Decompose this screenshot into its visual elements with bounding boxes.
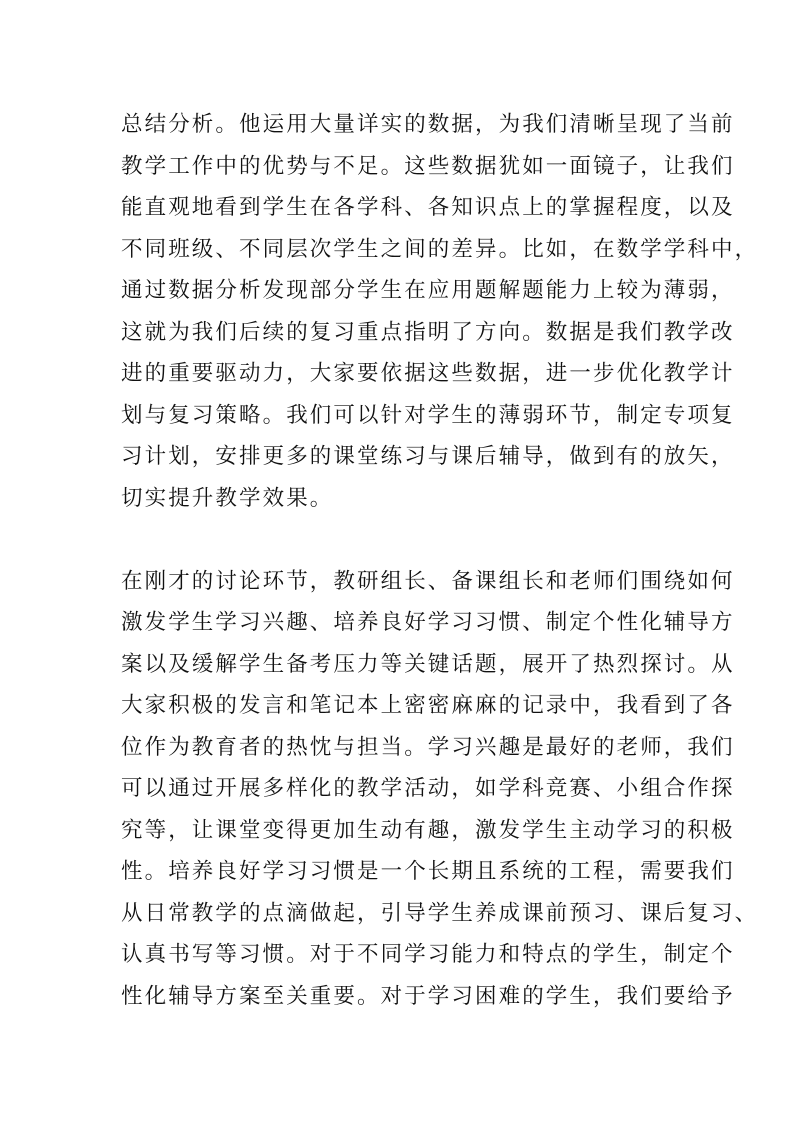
document-page: 总结分析。他运用大量详实的数据，为我们清晰呈现了当前 教学工作中的优势与不足。这… (0, 0, 793, 1122)
document-body: 总结分析。他运用大量详实的数据，为我们清晰呈现了当前 教学工作中的优势与不足。这… (121, 104, 681, 1017)
text-line: 性化辅导方案至关重要。对于学习困难的学生，我们要给予 (121, 976, 681, 1018)
text-line: 不同班级、不同层次学生之间的差异。比如，在数学学科中， (121, 229, 681, 271)
text-line: 教学工作中的优势与不足。这些数据犹如一面镜子，让我们 (121, 146, 681, 188)
text-line: 可以通过开展多样化的教学活动，如学科竞赛、小组合作探 (121, 768, 681, 810)
text-line: 这就为我们后续的复习重点指明了方向。数据是我们教学改 (121, 312, 681, 354)
text-line: 通过数据分析发现部分学生在应用题解题能力上较为薄弱， (121, 270, 681, 312)
text-line: 能直观地看到学生在各学科、各知识点上的掌握程度，以及 (121, 187, 681, 229)
paragraph-data-analysis: 总结分析。他运用大量详实的数据，为我们清晰呈现了当前 教学工作中的优势与不足。这… (121, 104, 681, 519)
text-line: 案以及缓解学生备考压力等关键话题，展开了热烈探讨。从 (121, 644, 681, 686)
text-line: 位作为教育者的热忱与担当。学习兴趣是最好的老师，我们 (121, 727, 681, 769)
text-line: 认真书写等习惯。对于不同学习能力和特点的学生，制定个 (121, 934, 681, 976)
text-line: 进的重要驱动力，大家要依据这些数据，进一步优化教学计 (121, 353, 681, 395)
text-line: 切实提升教学效果。 (121, 478, 681, 520)
text-line: 从日常教学的点滴做起，引导学生养成课前预习、课后复习、 (121, 893, 681, 935)
paragraph-discussion: 在刚才的讨论环节，教研组长、备课组长和老师们围绕如何 激发学生学习兴趣、培养良好… (121, 561, 681, 1018)
text-line: 总结分析。他运用大量详实的数据，为我们清晰呈现了当前 (121, 104, 681, 146)
text-line: 性。培养良好学习习惯是一个长期且系统的工程，需要我们 (121, 851, 681, 893)
text-line: 究等，让课堂变得更加生动有趣，激发学生主动学习的积极 (121, 810, 681, 852)
text-line: 大家积极的发言和笔记本上密密麻麻的记录中，我看到了各 (121, 685, 681, 727)
text-line: 激发学生学习兴趣、培养良好学习习惯、制定个性化辅导方 (121, 602, 681, 644)
text-line: 划与复习策略。我们可以针对学生的薄弱环节，制定专项复 (121, 395, 681, 437)
text-line: 在刚才的讨论环节，教研组长、备课组长和老师们围绕如何 (121, 561, 681, 603)
paragraph-spacer (121, 519, 681, 561)
text-line: 习计划，安排更多的课堂练习与课后辅导，做到有的放矢， (121, 436, 681, 478)
